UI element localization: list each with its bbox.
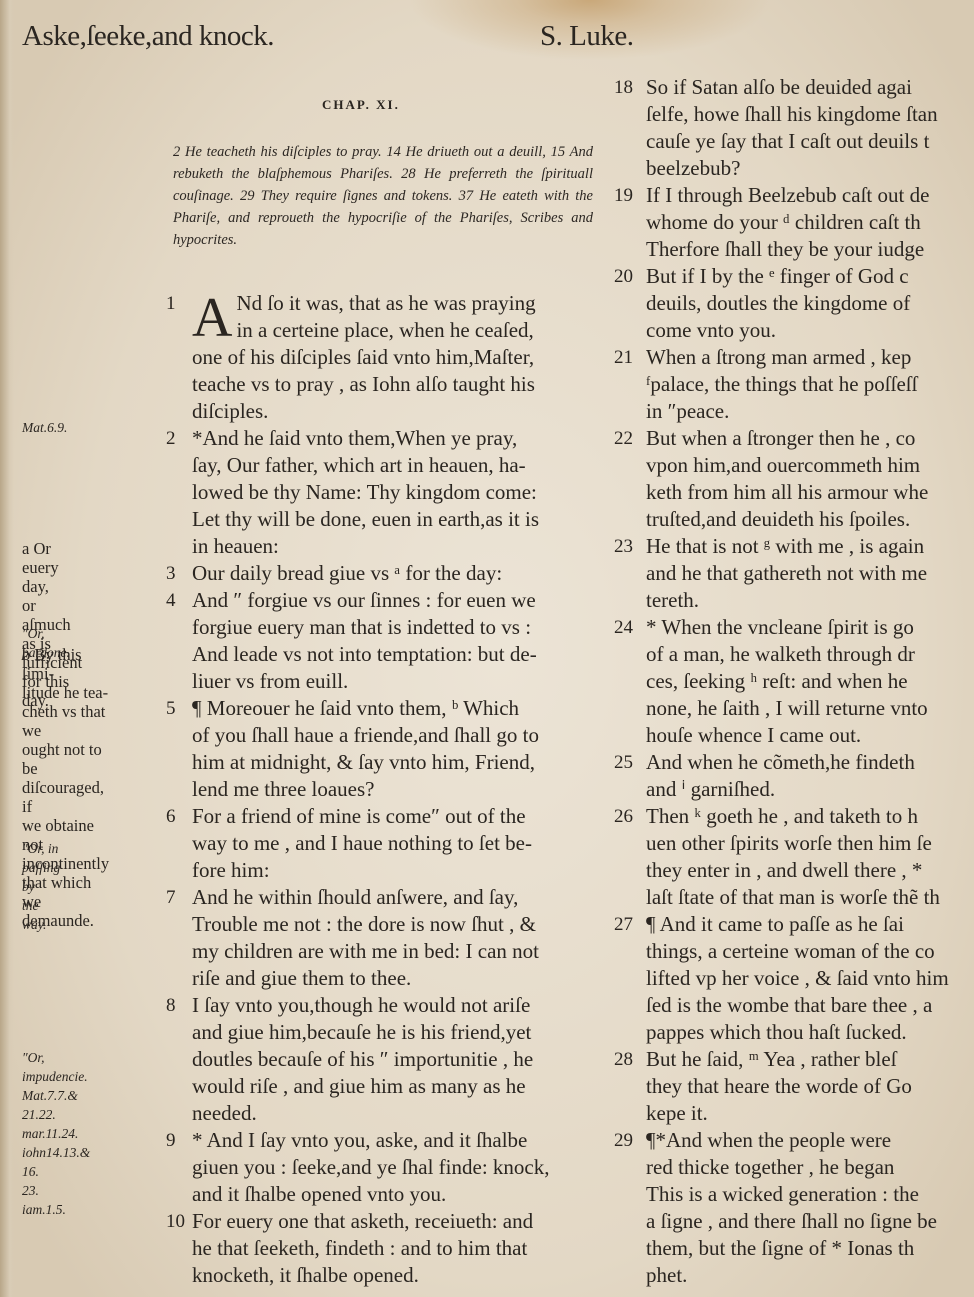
verse-text: He that is not ᵍ with me , is again and … xyxy=(646,533,974,614)
verse-number: 21 xyxy=(614,344,642,371)
verse-29: 29 ¶*And when the people were red thicke… xyxy=(614,1127,974,1289)
verse-number: 19 xyxy=(614,182,642,209)
verse-text: So if Satan alſo be deuided agai ſelfe, … xyxy=(646,74,974,182)
verse-25: 25 And when he cõmeth,he findeth and ⁱ g… xyxy=(614,749,974,803)
verse-text: Then ᵏ goeth he , and taketh to h uen ot… xyxy=(646,803,974,911)
verse-text: And he within ſhould anſwere, and ſay, T… xyxy=(192,884,600,992)
verse-20: 20 But if I by the ᵉ finger of God c deu… xyxy=(614,263,974,344)
verse-number: 6 xyxy=(166,803,194,830)
chapter-summary: 2 He teacheth his diſciples to pray. 14 … xyxy=(173,141,593,251)
verse-22: 22 But when a ſtronger then he , co vpon… xyxy=(614,425,974,533)
verse-9: 9 * And I ſay vnto you, aske, and it ſha… xyxy=(160,1127,600,1208)
margin-note-cross-reference: ″Or, impudencie. Mat.7.7.& 21.22. mar.11… xyxy=(22,1048,90,1219)
running-head-right: S. Luke. xyxy=(540,20,633,53)
right-column: 18 So if Satan alſo be deuided agai ſelf… xyxy=(614,74,974,1289)
verse-text: * When the vncleane ſpirit is go of a ma… xyxy=(646,614,974,749)
verse-number: 2 xyxy=(166,425,194,452)
verse-number: 20 xyxy=(614,263,642,290)
verse-number: 23 xyxy=(614,533,642,560)
verse-text: And ″ forgiue vs our ſinnes : for euen w… xyxy=(192,587,600,695)
verse-number: 24 xyxy=(614,614,642,641)
verse-number: 10 xyxy=(166,1208,194,1235)
verse-26: 26 Then ᵏ goeth he , and taketh to h uen… xyxy=(614,803,974,911)
book-gutter xyxy=(0,0,14,1297)
verse-24: 24 * When the vncleane ſpirit is go of a… xyxy=(614,614,974,749)
verse-text: Nd ſo it was, that as he was praying in … xyxy=(192,290,600,425)
verse-23: 23 He that is not ᵍ with me , is again a… xyxy=(614,533,974,614)
verse-5: 5 ¶ Moreouer he ſaid vnto them, ᵇ Which … xyxy=(160,695,600,803)
verse-10: 10 For euery one that asketh, receiueth:… xyxy=(160,1208,600,1289)
verse-text: *And he ſaid vnto them,When ye pray, ſay… xyxy=(192,425,600,560)
verse-text: ¶*And when the people were red thicke to… xyxy=(646,1127,974,1289)
verse-text: For euery one that asketh, receiueth: an… xyxy=(192,1208,600,1289)
main-column: 1 A Nd ſo it was, that as he was praying… xyxy=(160,290,600,1289)
verse-number: 4 xyxy=(166,587,194,614)
verse-8: 8 I ſay vnto you,though he would not ari… xyxy=(160,992,600,1127)
verse-text: And when he cõmeth,he findeth and ⁱ garn… xyxy=(646,749,974,803)
verse-19: 19 If I through Beelzebub caſt out de wh… xyxy=(614,182,974,263)
verse-number: 5 xyxy=(166,695,194,722)
drop-cap: A xyxy=(192,296,232,340)
verse-text: But he ſaid, ᵐ Yea , rather bleſ they th… xyxy=(646,1046,974,1127)
verse-28: 28 But he ſaid, ᵐ Yea , rather bleſ they… xyxy=(614,1046,974,1127)
verse-4: 4 And ″ forgiue vs our ſinnes : for euen… xyxy=(160,587,600,695)
verse-text: I ſay vnto you,though he would not ariſe… xyxy=(192,992,600,1127)
verse-text: When a ſtrong man armed , kep ᶠpalace, t… xyxy=(646,344,974,425)
verse-number: 7 xyxy=(166,884,194,911)
verse-text: But if I by the ᵉ finger of God c deuils… xyxy=(646,263,974,344)
verse-number: 22 xyxy=(614,425,642,452)
verse-number: 18 xyxy=(614,74,642,101)
verse-text: ¶ And it came to paſſe as he ſai things,… xyxy=(646,911,974,1046)
verse-21: 21 When a ſtrong man armed , kep ᶠpalace… xyxy=(614,344,974,425)
verse-text: Our daily bread giue vs ᵃ for the day: xyxy=(192,560,600,587)
verse-text: If I through Beelzebub caſt out de whome… xyxy=(646,182,974,263)
running-head-left: Aske,ſeeke,and knock. xyxy=(22,20,274,53)
verse-6: 6 For a friend of mine is come″ out of t… xyxy=(160,803,600,884)
verse-3: 3 Our daily bread giue vs ᵃ for the day: xyxy=(160,560,600,587)
margin-note-cross-reference: Mat.6.9. xyxy=(22,418,67,437)
verse-text: But when a ſtronger then he , co vpon hi… xyxy=(646,425,974,533)
verse-2: 2 *And he ſaid vnto them,When ye pray, ſ… xyxy=(160,425,600,560)
verse-number: 25 xyxy=(614,749,642,776)
verse-number: 9 xyxy=(166,1127,194,1154)
verse-7: 7 And he within ſhould anſwere, and ſay,… xyxy=(160,884,600,992)
verse-number: 3 xyxy=(166,560,194,587)
verse-text: For a friend of mine is come″ out of the… xyxy=(192,803,600,884)
chapter-heading: CHAP. XI. xyxy=(322,97,400,113)
verse-27: 27 ¶ And it came to paſſe as he ſai thin… xyxy=(614,911,974,1046)
verse-number: 1 xyxy=(166,290,194,317)
verse-number: 28 xyxy=(614,1046,642,1073)
margin-note-variant: ″Or, in paſſing by the way. xyxy=(22,839,60,934)
verse-18: 18 So if Satan alſo be deuided agai ſelf… xyxy=(614,74,974,182)
verse-number: 27 xyxy=(614,911,642,938)
verse-text: * And I ſay vnto you, aske, and it ſhalb… xyxy=(192,1127,600,1208)
verse-number: 26 xyxy=(614,803,642,830)
verse-number: 8 xyxy=(166,992,194,1019)
verse-number: 29 xyxy=(614,1127,642,1154)
verse-text: ¶ Moreouer he ſaid vnto them, ᵇ Which of… xyxy=(192,695,600,803)
verse-1: 1 A Nd ſo it was, that as he was praying… xyxy=(160,290,600,425)
